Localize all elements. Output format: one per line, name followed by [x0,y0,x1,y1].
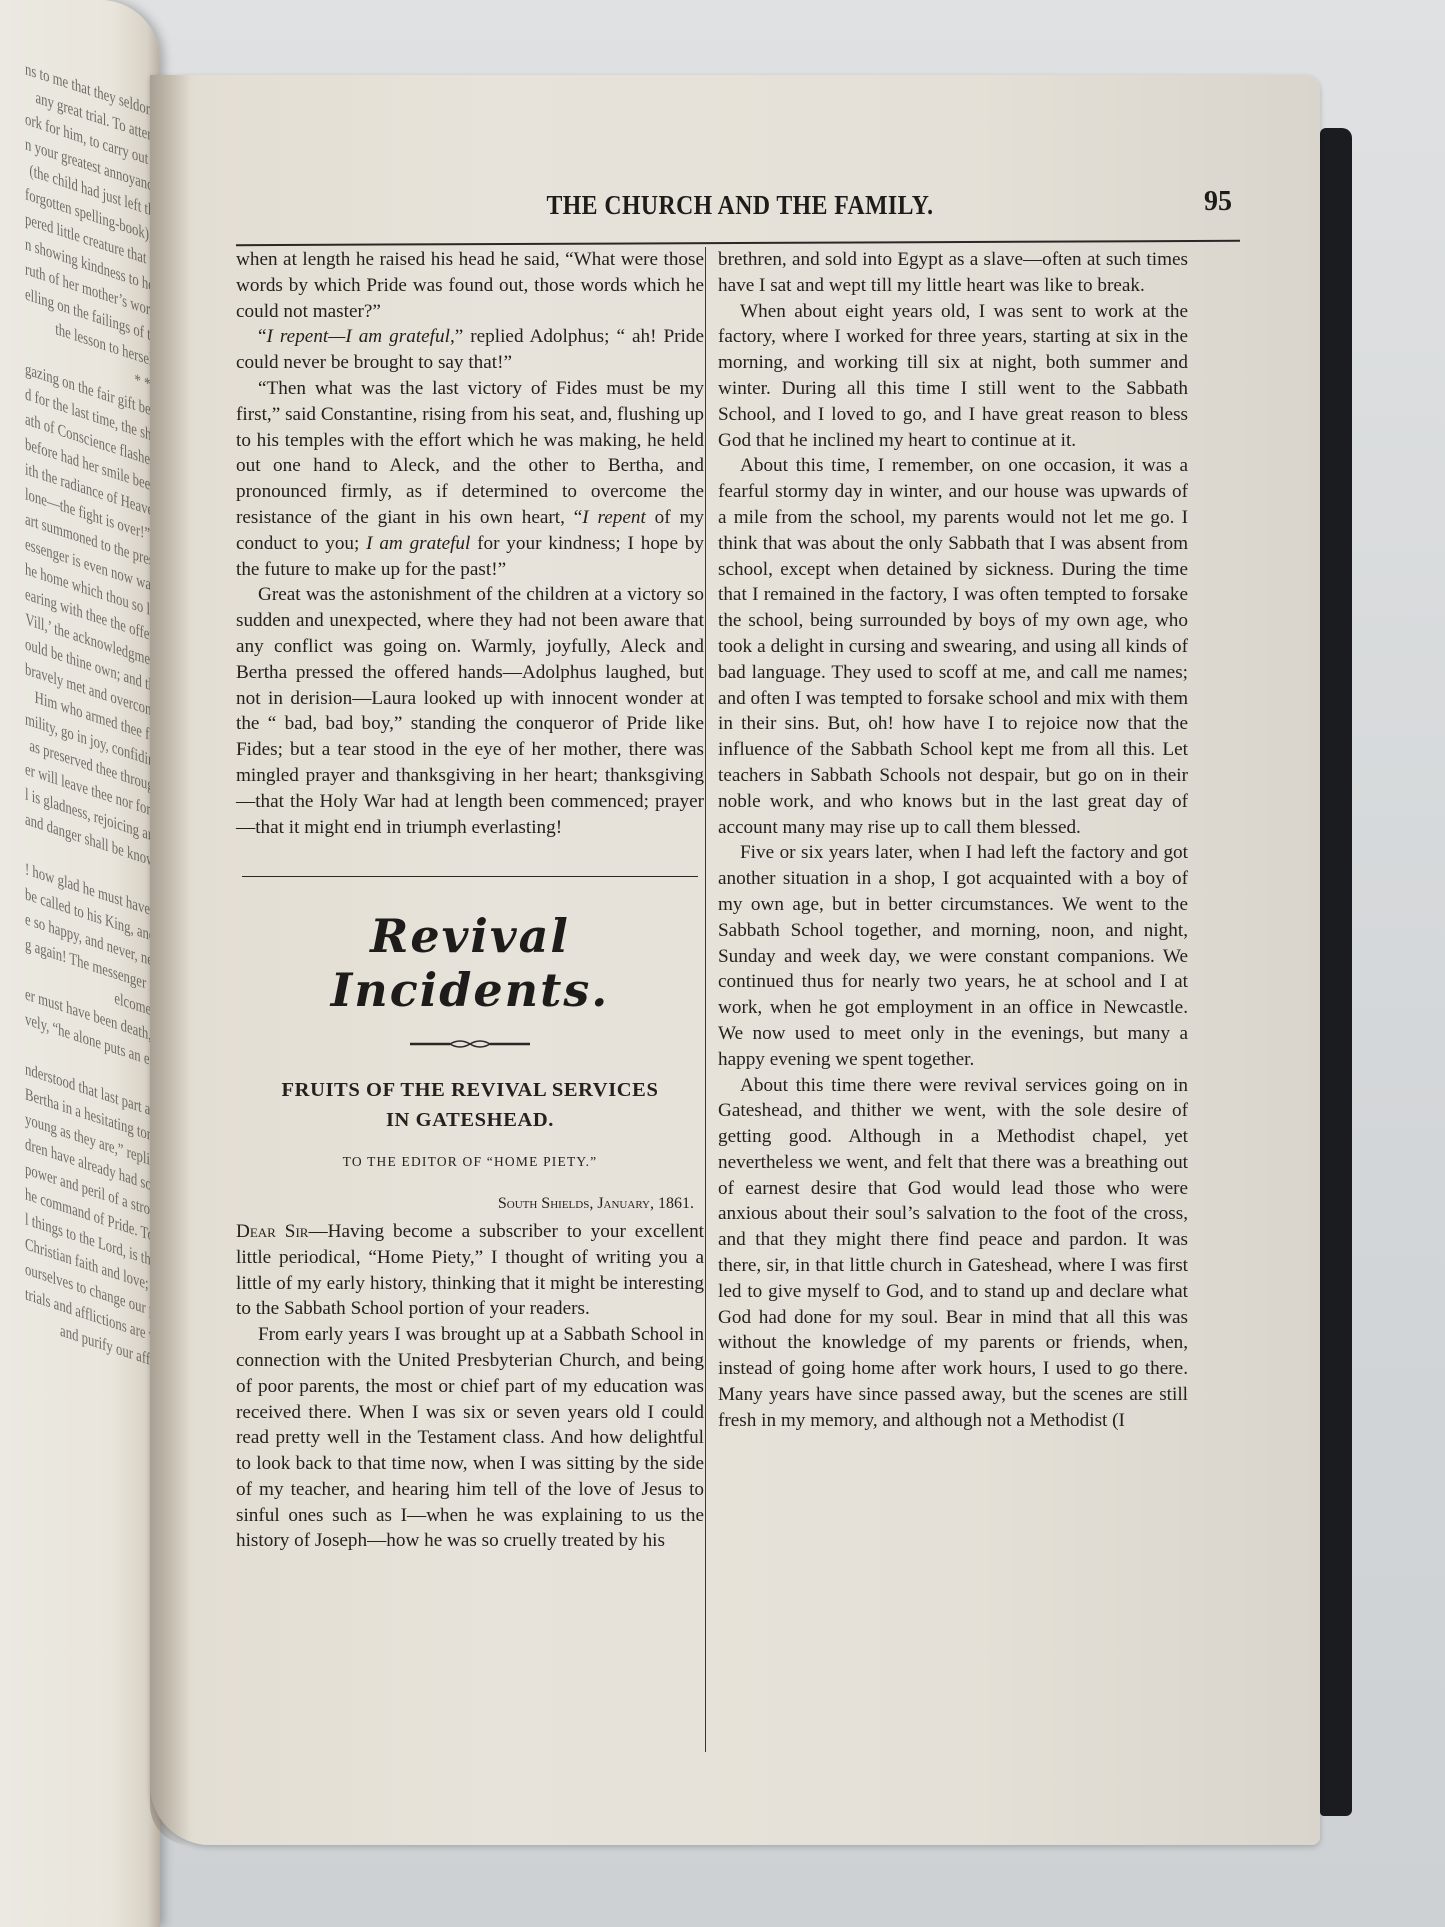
section-divider [242,876,698,877]
article-title-line: FRUITS OF THE REVIVAL SERVICES [236,1075,704,1105]
header-rule [236,240,1240,246]
facing-page-left: ns to me that they seldom puany great tr… [0,0,160,1927]
facing-page-text: ns to me that they seldom puany great tr… [25,56,160,1375]
paragraph: when at length he raised his head he sai… [236,247,704,324]
section-heading: Revival Incidents. [236,909,704,1017]
paragraph: brethren, and sold into Egypt as a slave… [718,247,1188,299]
article-title-line: IN GATESHEAD. [236,1105,704,1135]
paragraph: About this time, I remember, on one occa… [718,453,1188,840]
paragraph: About this time there were revival servi… [718,1073,1188,1434]
paragraph: “I repent—I am grateful,” replied Adolph… [236,324,704,376]
ornament-divider-icon [236,1037,704,1051]
letter-opening: Dear Sir—Having become a subscriber to y… [236,1219,704,1322]
book-page: THE CHURCH AND THE FAMILY. 95 when at le… [150,75,1320,1845]
paragraph: From early years I was brought up at a S… [236,1322,704,1554]
column-divider [705,247,706,1752]
paragraph: Five or six years later, when I had left… [718,840,1188,1072]
running-head: THE CHURCH AND THE FAMILY. 95 [240,190,1240,230]
page-number: 95 [1204,186,1232,218]
paragraph: When about eight years old, I was sent t… [718,299,1188,454]
paragraph: “Then what was the last victory of Fides… [236,376,704,582]
to-editor-line: TO THE EDITOR OF “HOME PIETY.” [236,1149,704,1175]
article-title: FRUITS OF THE REVIVAL SERVICES IN GATESH… [236,1075,704,1135]
book-back-cover-edge [1320,128,1352,1816]
right-column: brethren, and sold into Egypt as a slave… [718,247,1188,1434]
dateline: South Shields, January, 1861. [236,1191,694,1217]
running-title: THE CHURCH AND THE FAMILY. [300,190,1180,221]
paragraph: Great was the astonishment of the childr… [236,582,704,840]
gutter-shadow [150,75,190,1845]
left-column: when at length he raised his head he sai… [236,247,704,1554]
salutation: Dear Sir [236,1221,308,1242]
